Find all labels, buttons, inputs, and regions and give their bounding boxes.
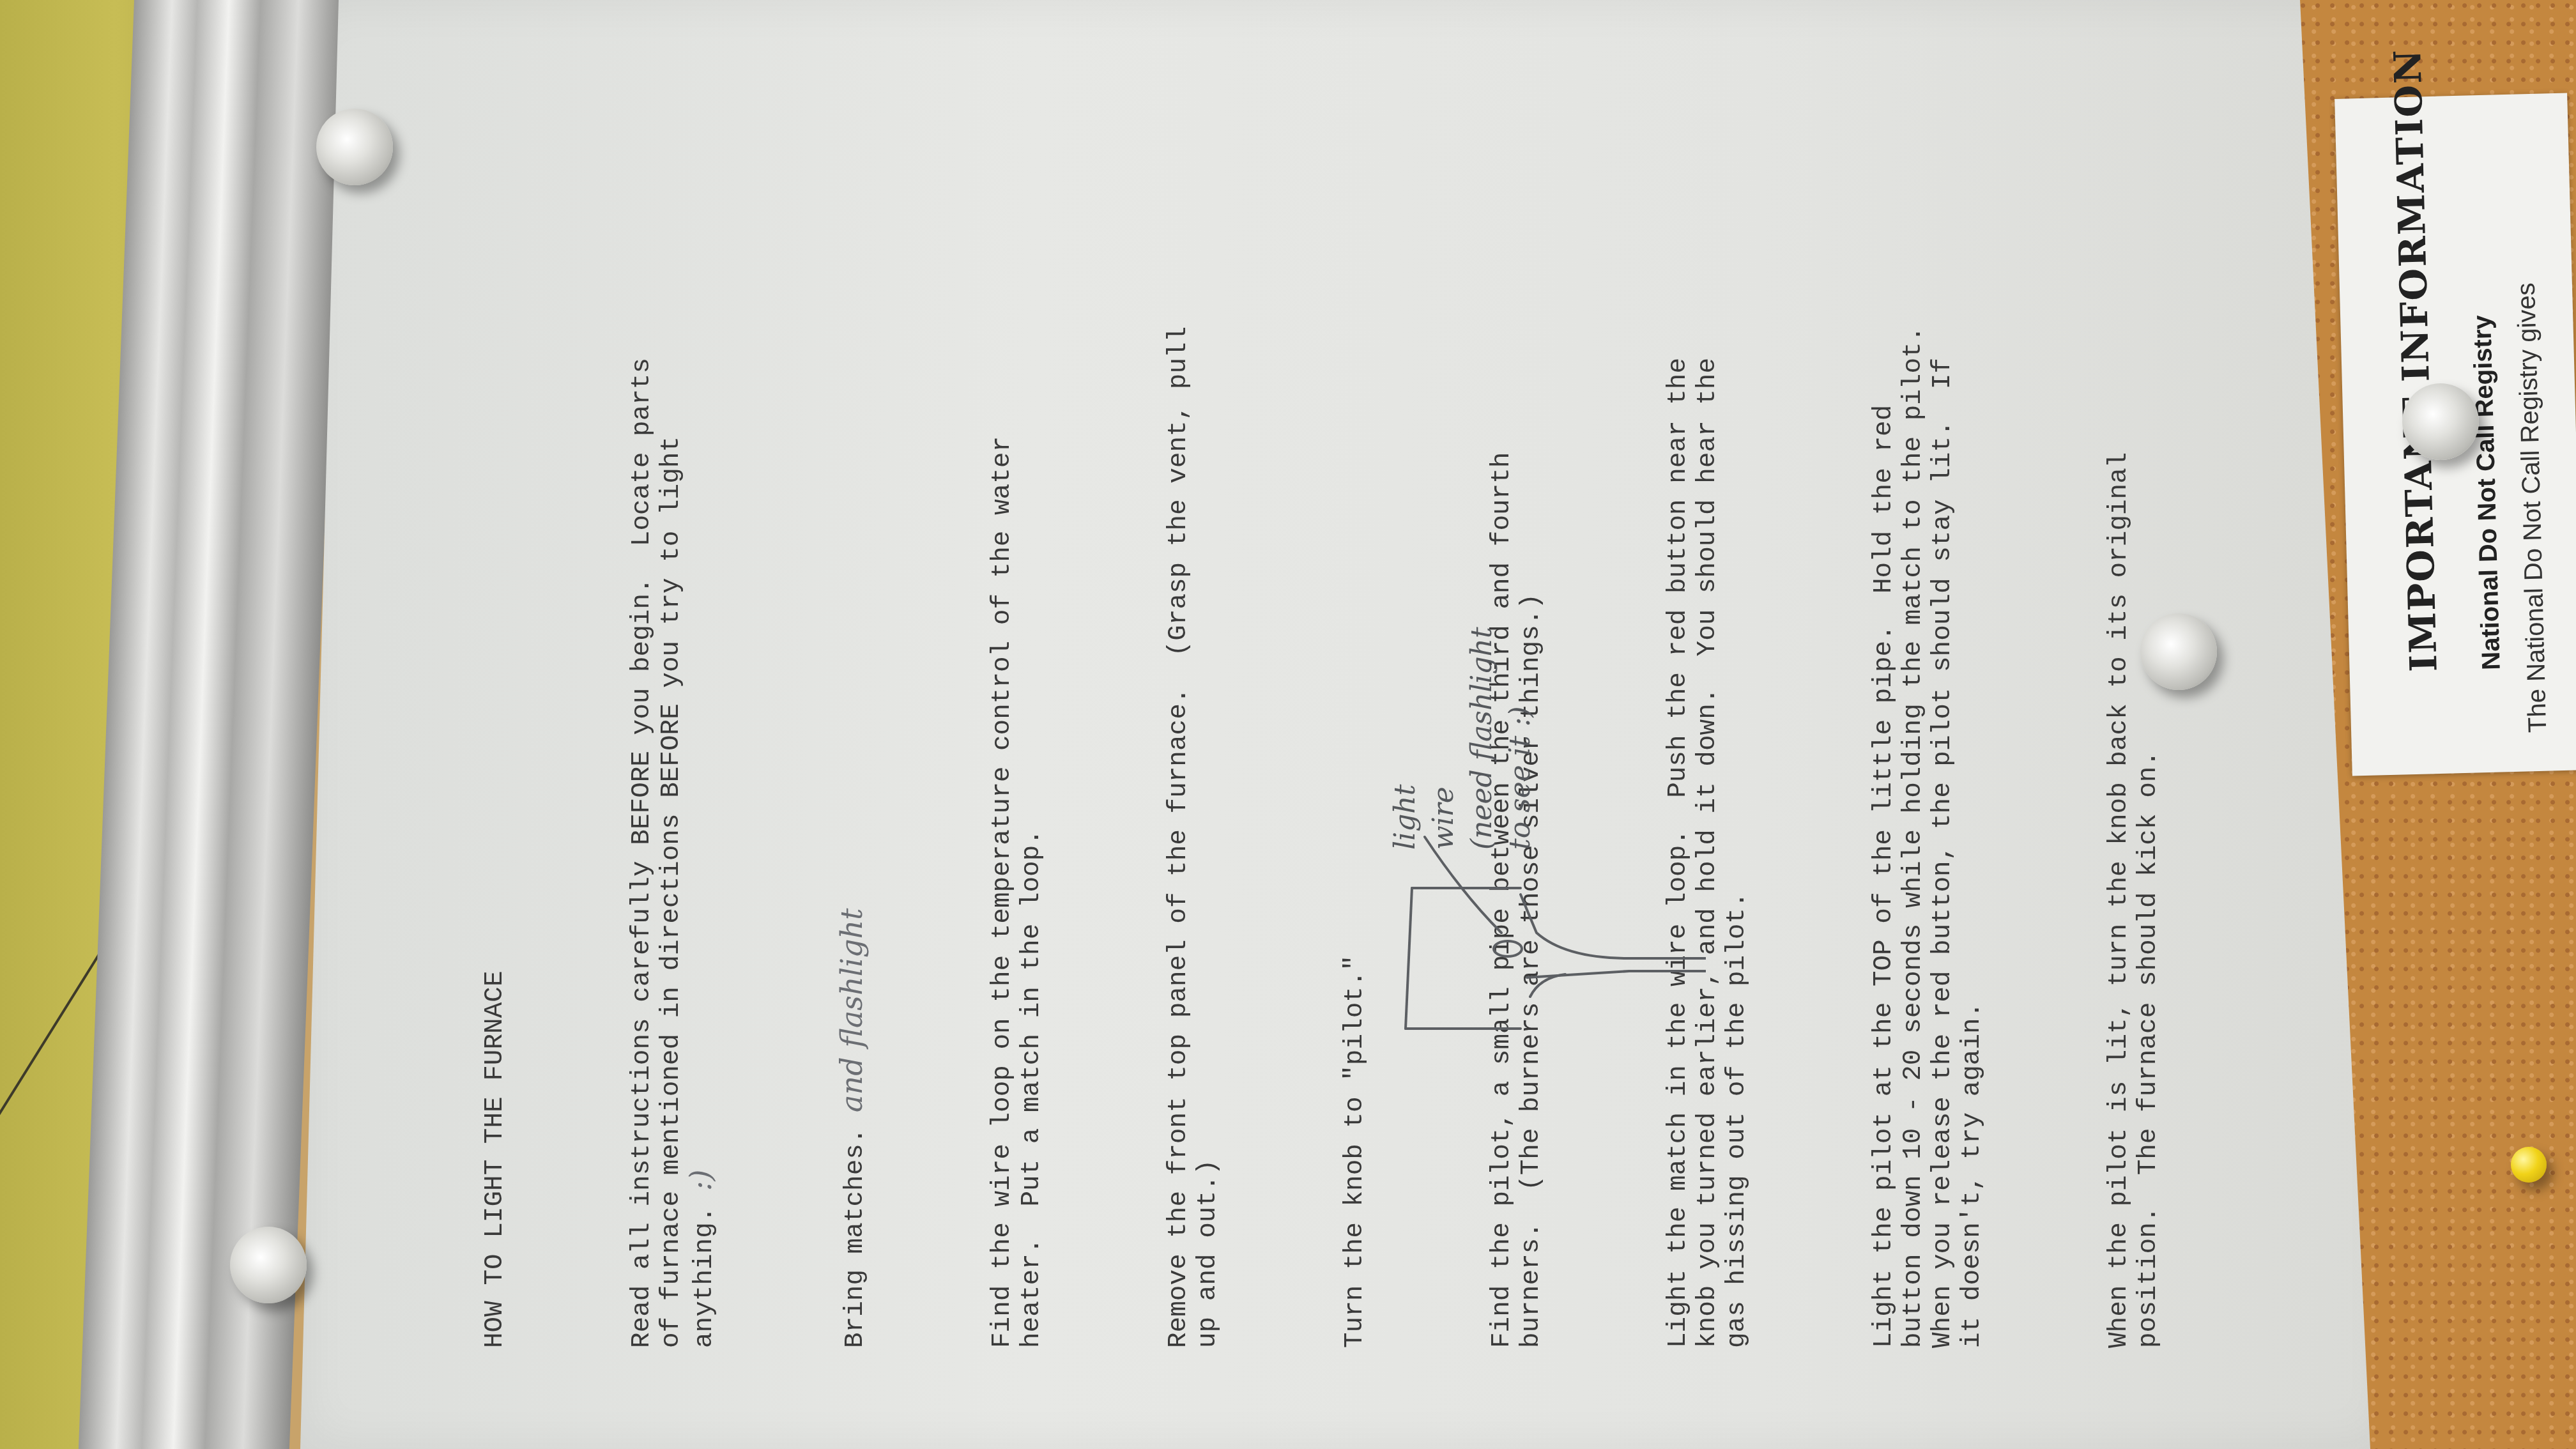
document-title: HOW TO LIGHT THE FURNACE	[480, 134, 510, 1348]
notice-card-subtitle: National Do Not Call Registry	[2468, 315, 2506, 671]
handwritten-and-flashlight: and flashlight	[834, 908, 869, 1112]
notice-card-body: The National Do Not Call Registry gives	[2512, 282, 2552, 733]
push-pin-card	[2402, 383, 2479, 460]
handwritten-smiley: :)	[684, 1170, 718, 1191]
push-pin-top-left	[316, 109, 393, 185]
note-wire: wire	[1425, 627, 1463, 850]
notice-card-title: IMPORTANT INFORMATION	[2386, 48, 2446, 672]
push-pin-bottom-left	[230, 1227, 307, 1303]
paragraph-remove-panel: Remove the front top panel of the furnac…	[1164, 134, 1223, 1348]
note-to-see-it: to see it :)	[1501, 627, 1540, 850]
note-light: light	[1386, 627, 1425, 850]
paragraph-light-match: Light the match in the wire loop. Push t…	[1664, 134, 1752, 1348]
paragraph-turn-knob: Turn the knob to "pilot."	[1340, 134, 1370, 1348]
paragraph-pilot-lit: When the pilot is lit, turn the knob bac…	[2104, 134, 2163, 1348]
paragraph-wire-loop: Find the wire loop on the temperature co…	[988, 134, 1046, 1348]
yellow-push-pin	[2511, 1147, 2547, 1183]
paragraph-bring-matches: Bring matches. and flashlight	[837, 134, 870, 1348]
push-pin-center-right	[2140, 613, 2217, 690]
handwritten-notes: lightwire(need flashlightto see it :)	[1386, 627, 1540, 850]
note-need-flashlight: (need flashlight	[1463, 627, 1501, 850]
paragraph-read-instructions: Read all instructions carefully BEFORE y…	[627, 134, 719, 1348]
typed-instructions: HOW TO LIGHT THE FURNACE Read all instru…	[422, 134, 2222, 1348]
paragraph-light-pilot: Light the pilot at the TOP of the little…	[1869, 134, 1987, 1348]
